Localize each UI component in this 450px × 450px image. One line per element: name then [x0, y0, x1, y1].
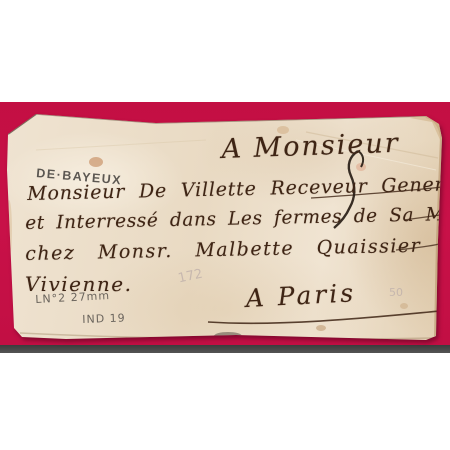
- crease-line: [36, 140, 206, 150]
- faint-pencil-mark-right: 50: [389, 286, 403, 299]
- right-edge-toning: [426, 116, 442, 336]
- letter-cover-wrapper: DE·BAYEUX A Monsieur Monsieur De Villett…: [0, 0, 450, 450]
- top-left-bevel-shadow: [8, 114, 36, 134]
- address-salutation: A Monsieur: [221, 128, 400, 165]
- photo-stage: DE·BAYEUX A Monsieur Monsieur De Villett…: [0, 0, 450, 450]
- stain-spot: [316, 325, 326, 331]
- letter-cover: DE·BAYEUX A Monsieur Monsieur De Villett…: [6, 110, 442, 344]
- left-edge-toning: [6, 200, 12, 260]
- pencil-index-note: IND 19: [82, 311, 126, 326]
- folded-corner-flap: [410, 116, 441, 142]
- stain-spot: [400, 303, 408, 309]
- stain-spot: [89, 157, 103, 167]
- address-destination: A Paris: [245, 278, 357, 313]
- paris-underline: [208, 311, 440, 323]
- bottom-edge-smudge: [214, 332, 242, 340]
